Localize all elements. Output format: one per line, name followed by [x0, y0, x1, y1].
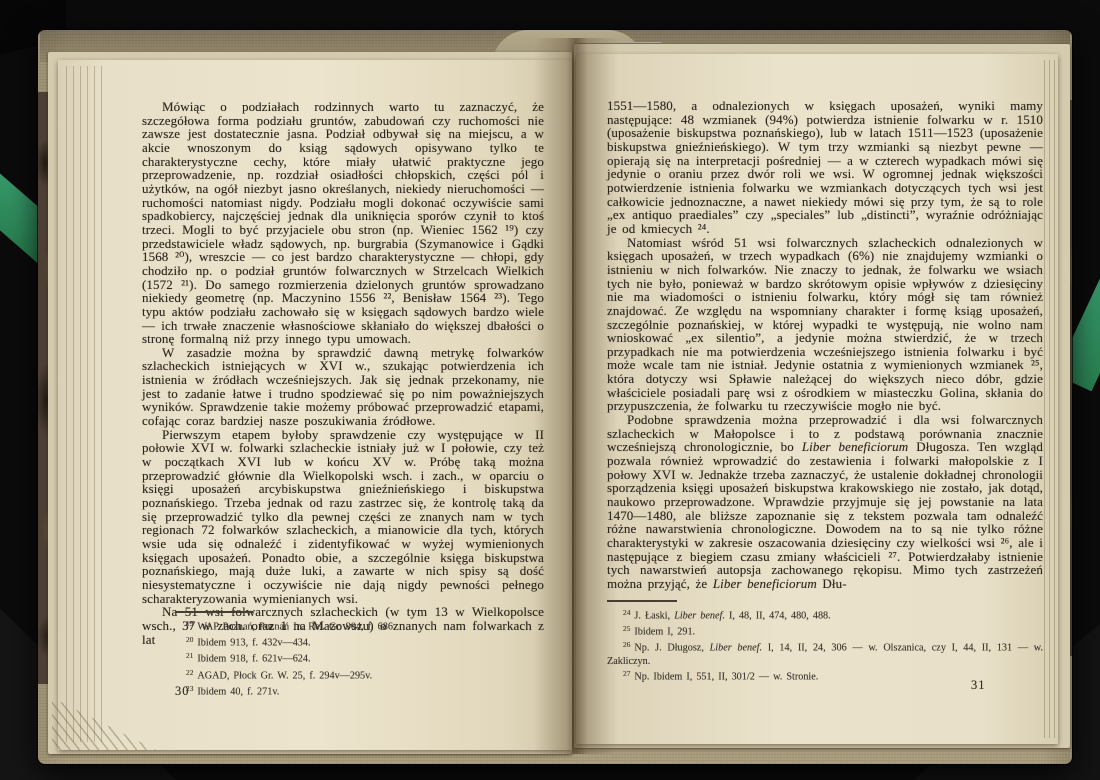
paragraph: Pierwszym etapem byłoby sprawdzenie czy …	[142, 428, 544, 606]
footnote: 25Ibidem I, 291.	[607, 623, 1043, 639]
text-run: Np. J. Długosz,	[634, 643, 709, 654]
gutter-shadow	[534, 38, 618, 754]
page-fore-edge-lines-left	[60, 66, 104, 742]
footnote-separator-right	[607, 600, 677, 602]
text-run: Np. Ibidem I, 551, II, 301/2 — w. Stroni…	[634, 672, 818, 683]
footnote-separator-left	[176, 611, 253, 613]
right-page-footnotes: 24J. Łaski, Liber benef. I, 48, II, 474,…	[607, 607, 1043, 685]
text-run: Natomiast wśród 51 wsi folwarcznych szla…	[607, 235, 1043, 414]
page-number-right: 31	[971, 678, 986, 693]
paragraph: Mówiąc o podziałach rodzinnych warto tu …	[142, 100, 544, 346]
text-run: Pierwszym etapem byłoby sprawdzenie czy …	[142, 427, 544, 606]
text-run: 1551—1580, a odnalezionych w księgach up…	[607, 98, 1043, 236]
paragraph: Natomiast wśród 51 wsi folwarcznych szla…	[607, 236, 1043, 414]
left-page-body-text: Mówiąc o podziałach rodzinnych warto tu …	[142, 100, 544, 646]
page-number-left: 30	[175, 684, 190, 699]
footnote: 19WAP Poznań, Poznań In. Rel. Gr. 904, f…	[142, 618, 544, 634]
text-run: Ibidem 918, f. 621v—624.	[197, 654, 310, 665]
footnote: 22AGAD, Płock Gr. W. 25, f. 294v—295v.	[142, 667, 544, 683]
left-page-footnotes: 19WAP Poznań, Poznań In. Rel. Gr. 904, f…	[142, 618, 544, 699]
text-run: Długosza. Ten wzgląd pozwala również wpr…	[607, 439, 1043, 591]
paragraph: Podobne sprawdzenia można przeprowadzić …	[607, 413, 1043, 591]
text-run: W zasadzie można by sprawdzić dawną metr…	[142, 345, 544, 428]
text-run: Mówiąc o podziałach rodzinnych warto tu …	[142, 99, 544, 346]
footnote-number: 26	[623, 640, 630, 649]
footnote-number: 20	[186, 635, 193, 644]
text-run: WAP Poznań, Poznań In. Rel. Gr. 904, f. …	[197, 622, 395, 633]
footnote: 23Ibidem 40, f. 271v.	[142, 683, 544, 699]
text-run: Dłu-	[817, 576, 847, 591]
footnote-number: 21	[186, 651, 193, 660]
paragraph: W zasadzie można by sprawdzić dawną metr…	[142, 346, 544, 428]
paragraph: 1551—1580, a odnalezionych w księgach up…	[607, 99, 1043, 236]
text-run: AGAD, Płock Gr. W. 25, f. 294v—295v.	[197, 670, 372, 681]
text-run: Ibidem 913, f. 432v—434.	[197, 638, 310, 649]
text-run: Ibidem I, 291.	[634, 627, 695, 638]
footnote: 24J. Łaski, Liber benef. I, 48, II, 474,…	[607, 607, 1043, 623]
italic-text-run: Liber benef.	[710, 643, 762, 654]
book-scan-photo: Mówiąc o podziałach rodzinnych warto tu …	[0, 0, 1100, 780]
footnote-number: 22	[186, 668, 193, 677]
footnote-number: 24	[623, 608, 630, 617]
text-run: Ibidem 40, f. 271v.	[197, 686, 279, 697]
text-run: I, 48, II, 474, 480, 488.	[725, 611, 831, 622]
right-page-body-text: 1551—1580, a odnalezionych w księgach up…	[607, 99, 1043, 591]
text-run: J. Łaski,	[634, 611, 674, 622]
footnote-number: 27	[623, 669, 630, 678]
footnote: 26Np. J. Długosz, Liber benef. I, 14, II…	[607, 639, 1043, 668]
italic-text-run: Liber beneficiorum	[713, 576, 817, 591]
footnote: 20Ibidem 913, f. 432v—434.	[142, 634, 544, 650]
footnote-number: 19	[186, 619, 193, 628]
footnote-number: 25	[623, 624, 630, 633]
footnote: 21Ibidem 918, f. 621v—624.	[142, 650, 544, 666]
italic-text-run: Liber benef.	[674, 611, 725, 622]
